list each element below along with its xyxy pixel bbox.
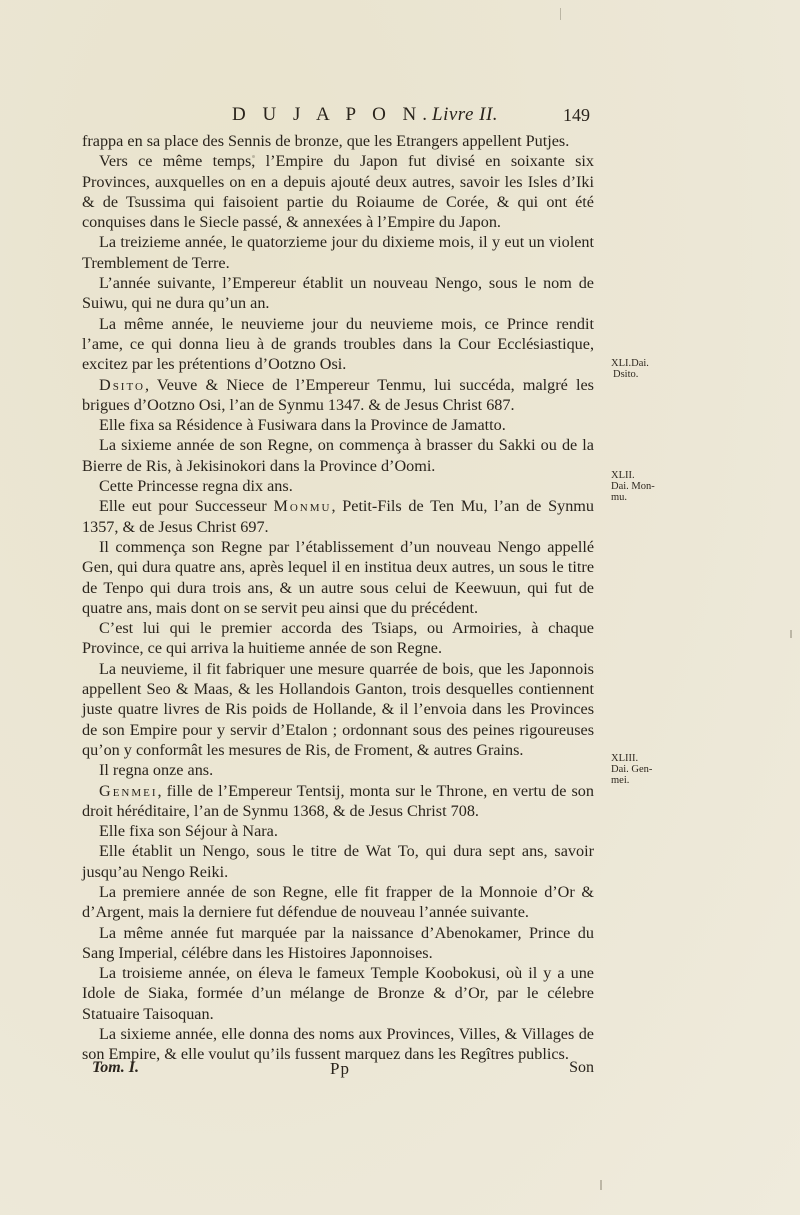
- book-page: D U J A P O N. Livre II. 149 frappa en s…: [0, 0, 800, 1215]
- paragraph: Elle fixa sa Résidence à Fusiwara dans l…: [82, 415, 594, 435]
- paragraph: Vers ce même temps, l’Empire du Japon fu…: [82, 151, 594, 232]
- paragraph: La neuvieme, il fit fabriquer une mesure…: [82, 659, 594, 760]
- book-number: Livre II.: [432, 104, 498, 126]
- paragraph: Cette Princesse regna dix ans.: [82, 476, 594, 496]
- paragraph: Elle fixa son Séjour à Nara.: [82, 821, 594, 841]
- margin-note-xli: XLI.Dai. Dsito.: [611, 358, 649, 380]
- gathering-mark: Pp: [330, 1059, 350, 1079]
- paragraph: C’est lui qui le premier accorda des Tsi…: [82, 618, 594, 659]
- paragraph: La sixieme année de son Regne, on commen…: [82, 435, 594, 476]
- paragraph: Il commença son Regne par l’établissemen…: [82, 537, 594, 618]
- paragraph: Elle établit un Nengo, sous le titre de …: [82, 841, 594, 882]
- margin-note-xliii: XLIII. Dai. Gen- mei.: [611, 753, 652, 786]
- paragraph: Il regna onze ans.: [82, 760, 594, 780]
- ruler-name: Genmei: [99, 782, 158, 800]
- running-title: D U J A P O N.: [232, 104, 433, 126]
- paper-mark: [790, 630, 792, 638]
- ruler-name: Dsito: [99, 376, 145, 394]
- paragraph: La premiere année de son Regne, elle fit…: [82, 882, 594, 923]
- paragraph-monmu: Elle eut pour Successeur Monmu, Petit-Fi…: [82, 496, 594, 537]
- body-text: frappa en sa place des Sennis de bronze,…: [82, 131, 594, 1065]
- paragraph-dsito: Dsito, Veuve & Niece de l’Empereur Tenmu…: [82, 375, 594, 416]
- ruler-name: Monmu: [273, 497, 331, 515]
- paper-speck: [252, 155, 255, 158]
- volume-signature: Tom. I.: [92, 1059, 139, 1077]
- page-footer: Tom. I. Pp Son: [82, 1059, 594, 1081]
- paragraph: La treizieme année, le quatorzieme jour …: [82, 232, 594, 273]
- paragraph: frappa en sa place des Sennis de bronze,…: [82, 131, 594, 151]
- page-number: 149: [563, 104, 590, 126]
- paragraph: L’année suivante, l’Empereur établit un …: [82, 273, 594, 314]
- paragraph: La troisieme année, on éleva le fameux T…: [82, 963, 594, 1024]
- paragraph: La même année, le neuvieme jour du neuvi…: [82, 314, 594, 375]
- margin-note-xlii: XLII. Dai. Mon- mu.: [611, 470, 655, 503]
- paragraph-genmei: Genmei, fille de l’Empereur Tentsij, mon…: [82, 781, 594, 822]
- paper-mark: [560, 8, 561, 20]
- paper-mark: [600, 1180, 602, 1190]
- paragraph: La même année fut marquée par la naissan…: [82, 923, 594, 964]
- catchword: Son: [569, 1059, 594, 1077]
